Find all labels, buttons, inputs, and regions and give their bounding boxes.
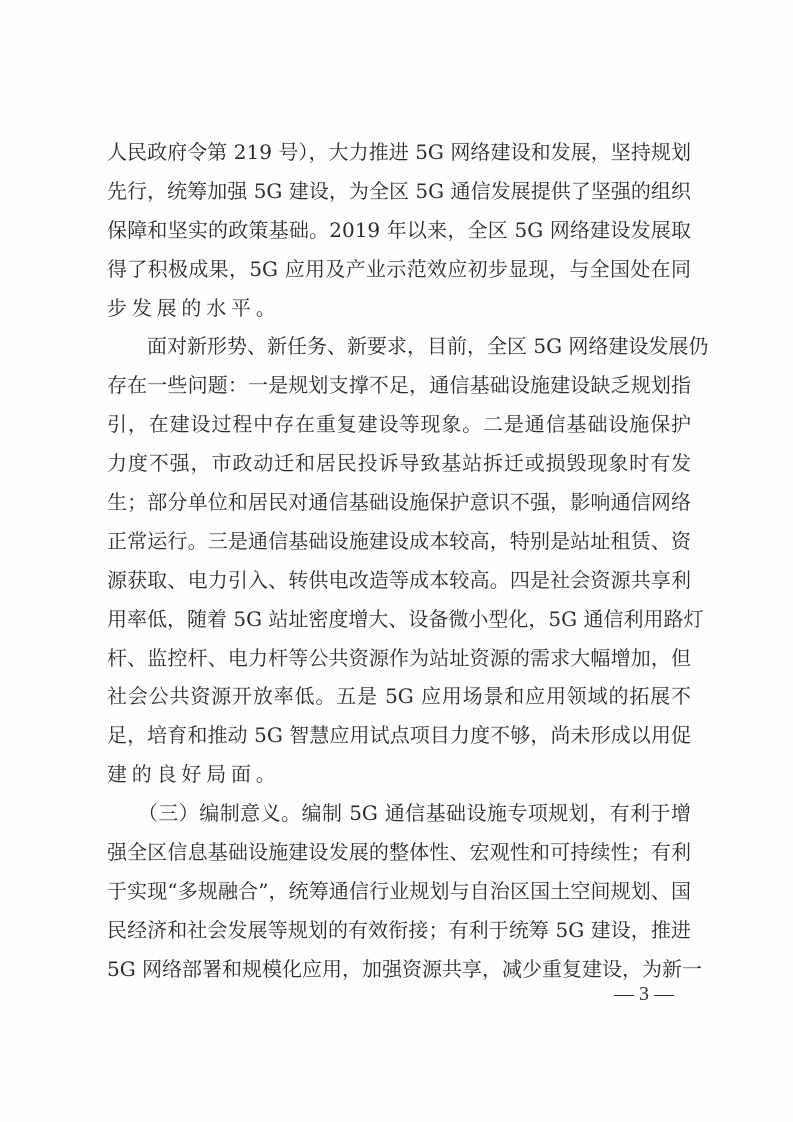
text-line: 源获取、电力引入、转供电改造等成本较高。四是社会资源共享利 [107, 561, 691, 600]
text-line: 生；部分单位和居民对通信基础设施保护意识不强，影响通信网络 [107, 483, 691, 522]
page-number: — 3 — [604, 983, 684, 1006]
text-line: 强全区信息基础设施建设发展的整体性、宏观性和可持续性；有利 [107, 833, 691, 872]
text-line: 得了积极成果，5G 应用及产业示范效应初步显现，与全国处在同 [107, 250, 691, 289]
text-line: 社会公共资源开放率低。五是 5G 应用场景和应用领域的拓展不 [107, 677, 691, 716]
text-line: 杆、监控杆、电力杆等公共资源作为站址资源的需求大幅增加，但 [107, 639, 691, 678]
text-line: 保障和坚实的政策基础。2019 年以来，全区 5G 网络建设发展取 [107, 211, 691, 250]
text-line: 民经济和社会发展等规划的有效衔接；有利于统筹 5G 建设，推进 [107, 911, 691, 950]
text-line: 存在一些问题：一是规划支撑不足，通信基础设施建设缺乏规划指 [107, 366, 691, 405]
text-line: 先行，统筹加强 5G 建设，为全区 5G 通信发展提供了坚强的组织 [107, 172, 691, 211]
text-line: 引，在建设过程中存在重复建设等现象。二是通信基础设施保护 [107, 405, 691, 444]
text-line: 步发展的水平。 [107, 289, 691, 328]
text-line: （三）编制意义。编制 5G 通信基础设施专项规划，有利于增 [107, 794, 691, 833]
text-line: 用率低，随着 5G 站址密度增大、设备微小型化，5G 通信利用路灯 [107, 600, 691, 639]
text-line: 正常运行。三是通信基础设施建设成本较高，特别是站址租赁、资 [107, 522, 691, 561]
text-line: 建的良好局面。 [107, 755, 691, 794]
document-page: 人民政府令第 219 号），大力推进 5G 网络建设和发展，坚持规划 先行，统筹… [0, 0, 793, 1122]
text-line: 足，培育和推动 5G 智慧应用试点项目力度不够，尚未形成以用促 [107, 716, 691, 755]
text-line: 于实现“多规融合”，统筹通信行业规划与自治区国土空间规划、国 [107, 872, 691, 911]
text-line: 人民政府令第 219 号），大力推进 5G 网络建设和发展，坚持规划 [107, 133, 691, 172]
text-line: 力度不强，市政动迁和居民投诉导致基站拆迁或损毁现象时有发 [107, 444, 691, 483]
body-text: 人民政府令第 219 号），大力推进 5G 网络建设和发展，坚持规划 先行，统筹… [107, 133, 691, 989]
text-line: 面对新形势、新任务、新要求，目前，全区 5G 网络建设发展仍 [107, 327, 691, 366]
